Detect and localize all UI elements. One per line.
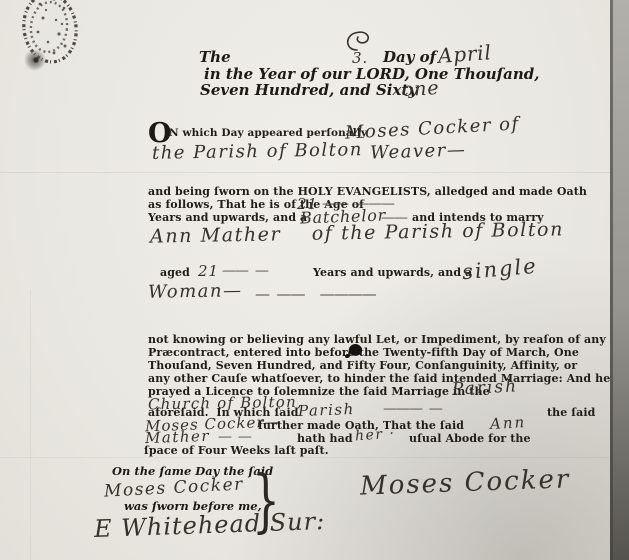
heading-line3: Seven Hundred, and Sixty [200,81,417,99]
oath-line3a: Years and upwards, and a [148,211,307,224]
body-mather-dashes: — — [218,429,251,445]
appeared-occupation-hw: Weaver— [370,139,467,163]
heading-month: April [437,40,492,68]
body-her-hw: her · [354,426,395,445]
ink-stamp [10,0,88,82]
body-dashes2: ——— — [383,401,442,417]
paper-edge-shadow [610,0,613,560]
fold-crease-left [30,290,31,560]
fold-crease-top [0,172,613,173]
fold-crease-bottom [0,457,613,458]
aged-age-hw: 21 [198,262,219,280]
body-line2: Præcontract, entered into before the Twe… [148,346,579,359]
appeared-name-hw: Moses Cocker of [345,113,521,143]
document-page: The 3. Day of April in the Year of our L… [0,0,613,560]
body-line7b: the ſaid [547,406,595,419]
aged-woman-dashes: — —— ———— [255,285,376,303]
groom-signature: Moses Cocker [360,464,571,501]
body-parish1-hw: Parish [452,376,519,399]
aged-mid: Years and upwards, and a [313,266,472,279]
aged-single-hw: single [461,254,538,284]
body-line9b: uſual Abode for the [409,432,531,445]
heading-year-word: one [401,77,439,101]
aged-dashes: —— — [222,263,268,279]
heading-day-of: Day of [383,48,436,66]
attest-name-hw: Moses Cocker [104,474,245,501]
body-line1: not knowing or believing any lawful Let,… [148,333,606,346]
body-parish2-hw: Parish [298,400,355,420]
appeared-parish-hw: the Parish of Bolton [152,139,363,164]
aged-label: aged [160,266,190,279]
appeared-printed: N which Day appeared perſonally [169,127,367,139]
body-line4: any other Cauſe whatſoever, to hinder th… [148,372,610,385]
body-ann-hw: Ann [490,413,527,433]
heading-the: The [199,48,231,66]
body-line10: ſpace of Four Weeks laſt paſt. [144,444,329,457]
aged-woman-hw: Woman— [148,280,243,303]
attest-line1: On the ſame Day the ſaid [112,464,273,478]
body-line3: Thouſand, Seven Hundred, and Fifty Four,… [148,359,577,372]
